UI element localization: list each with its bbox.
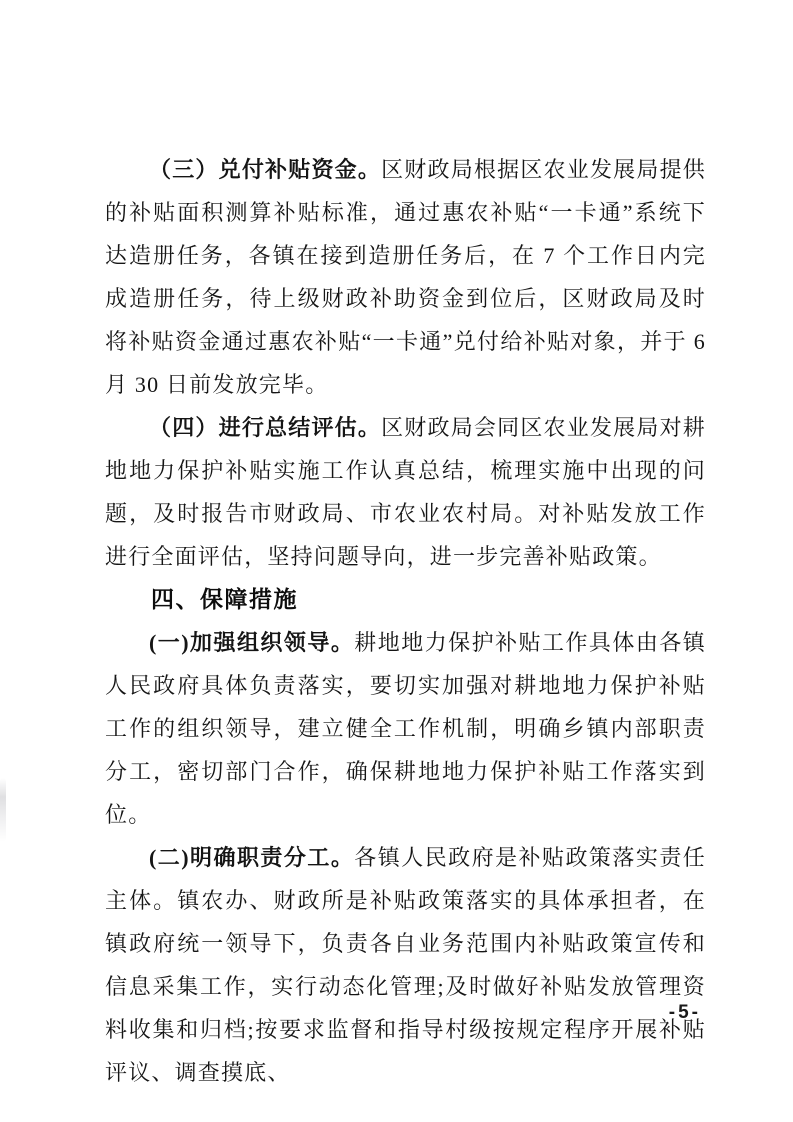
paragraph-text: 各镇人民政府是补贴政策落实责任主体。镇农办、财政所是补贴政策落实的具体承担者，在…	[105, 845, 706, 1085]
paragraph-text: 耕地地力保护补贴工作具体由各镇人民政府具体负责落实，要切实加强对耕地地力保护补贴…	[105, 630, 706, 827]
scan-artifact	[0, 778, 6, 842]
paragraph-evaluation: （四）进行总结评估。区财政局会同区农业发展局对耕地地力保护补贴实施工作认真总结，…	[105, 406, 706, 578]
paragraph-leadership: (一)加强组织领导。耕地地力保护补贴工作具体由各镇人民政府具体负责落实，要切实加…	[105, 621, 706, 836]
paragraph-text: 区财政局根据区农业发展局提供的补贴面积测算补贴标准，通过惠农补贴“一卡通”系统下…	[105, 157, 706, 397]
paragraph-lead: （三）兑付补贴资金。	[149, 157, 381, 182]
section-heading: 四、保障措施	[105, 578, 706, 621]
paragraph-responsibilities: (二)明确职责分工。各镇人民政府是补贴政策落实责任主体。镇农办、财政所是补贴政策…	[105, 836, 706, 1094]
document-body: （三）兑付补贴资金。区财政局根据区农业发展局提供的补贴面积测算补贴标准，通过惠农…	[105, 148, 706, 1094]
paragraph-lead: (一)加强组织领导。	[149, 630, 354, 655]
document-page: （三）兑付补贴资金。区财政局根据区农业发展局提供的补贴面积测算补贴标准，通过惠农…	[0, 0, 793, 1122]
paragraph-lead: （四）进行总结评估。	[149, 415, 381, 440]
paragraph-disbursement: （三）兑付补贴资金。区财政局根据区农业发展局提供的补贴面积测算补贴标准，通过惠农…	[105, 148, 706, 406]
page-number: -5-	[669, 1002, 701, 1024]
paragraph-lead: (二)明确职责分工。	[149, 845, 354, 870]
